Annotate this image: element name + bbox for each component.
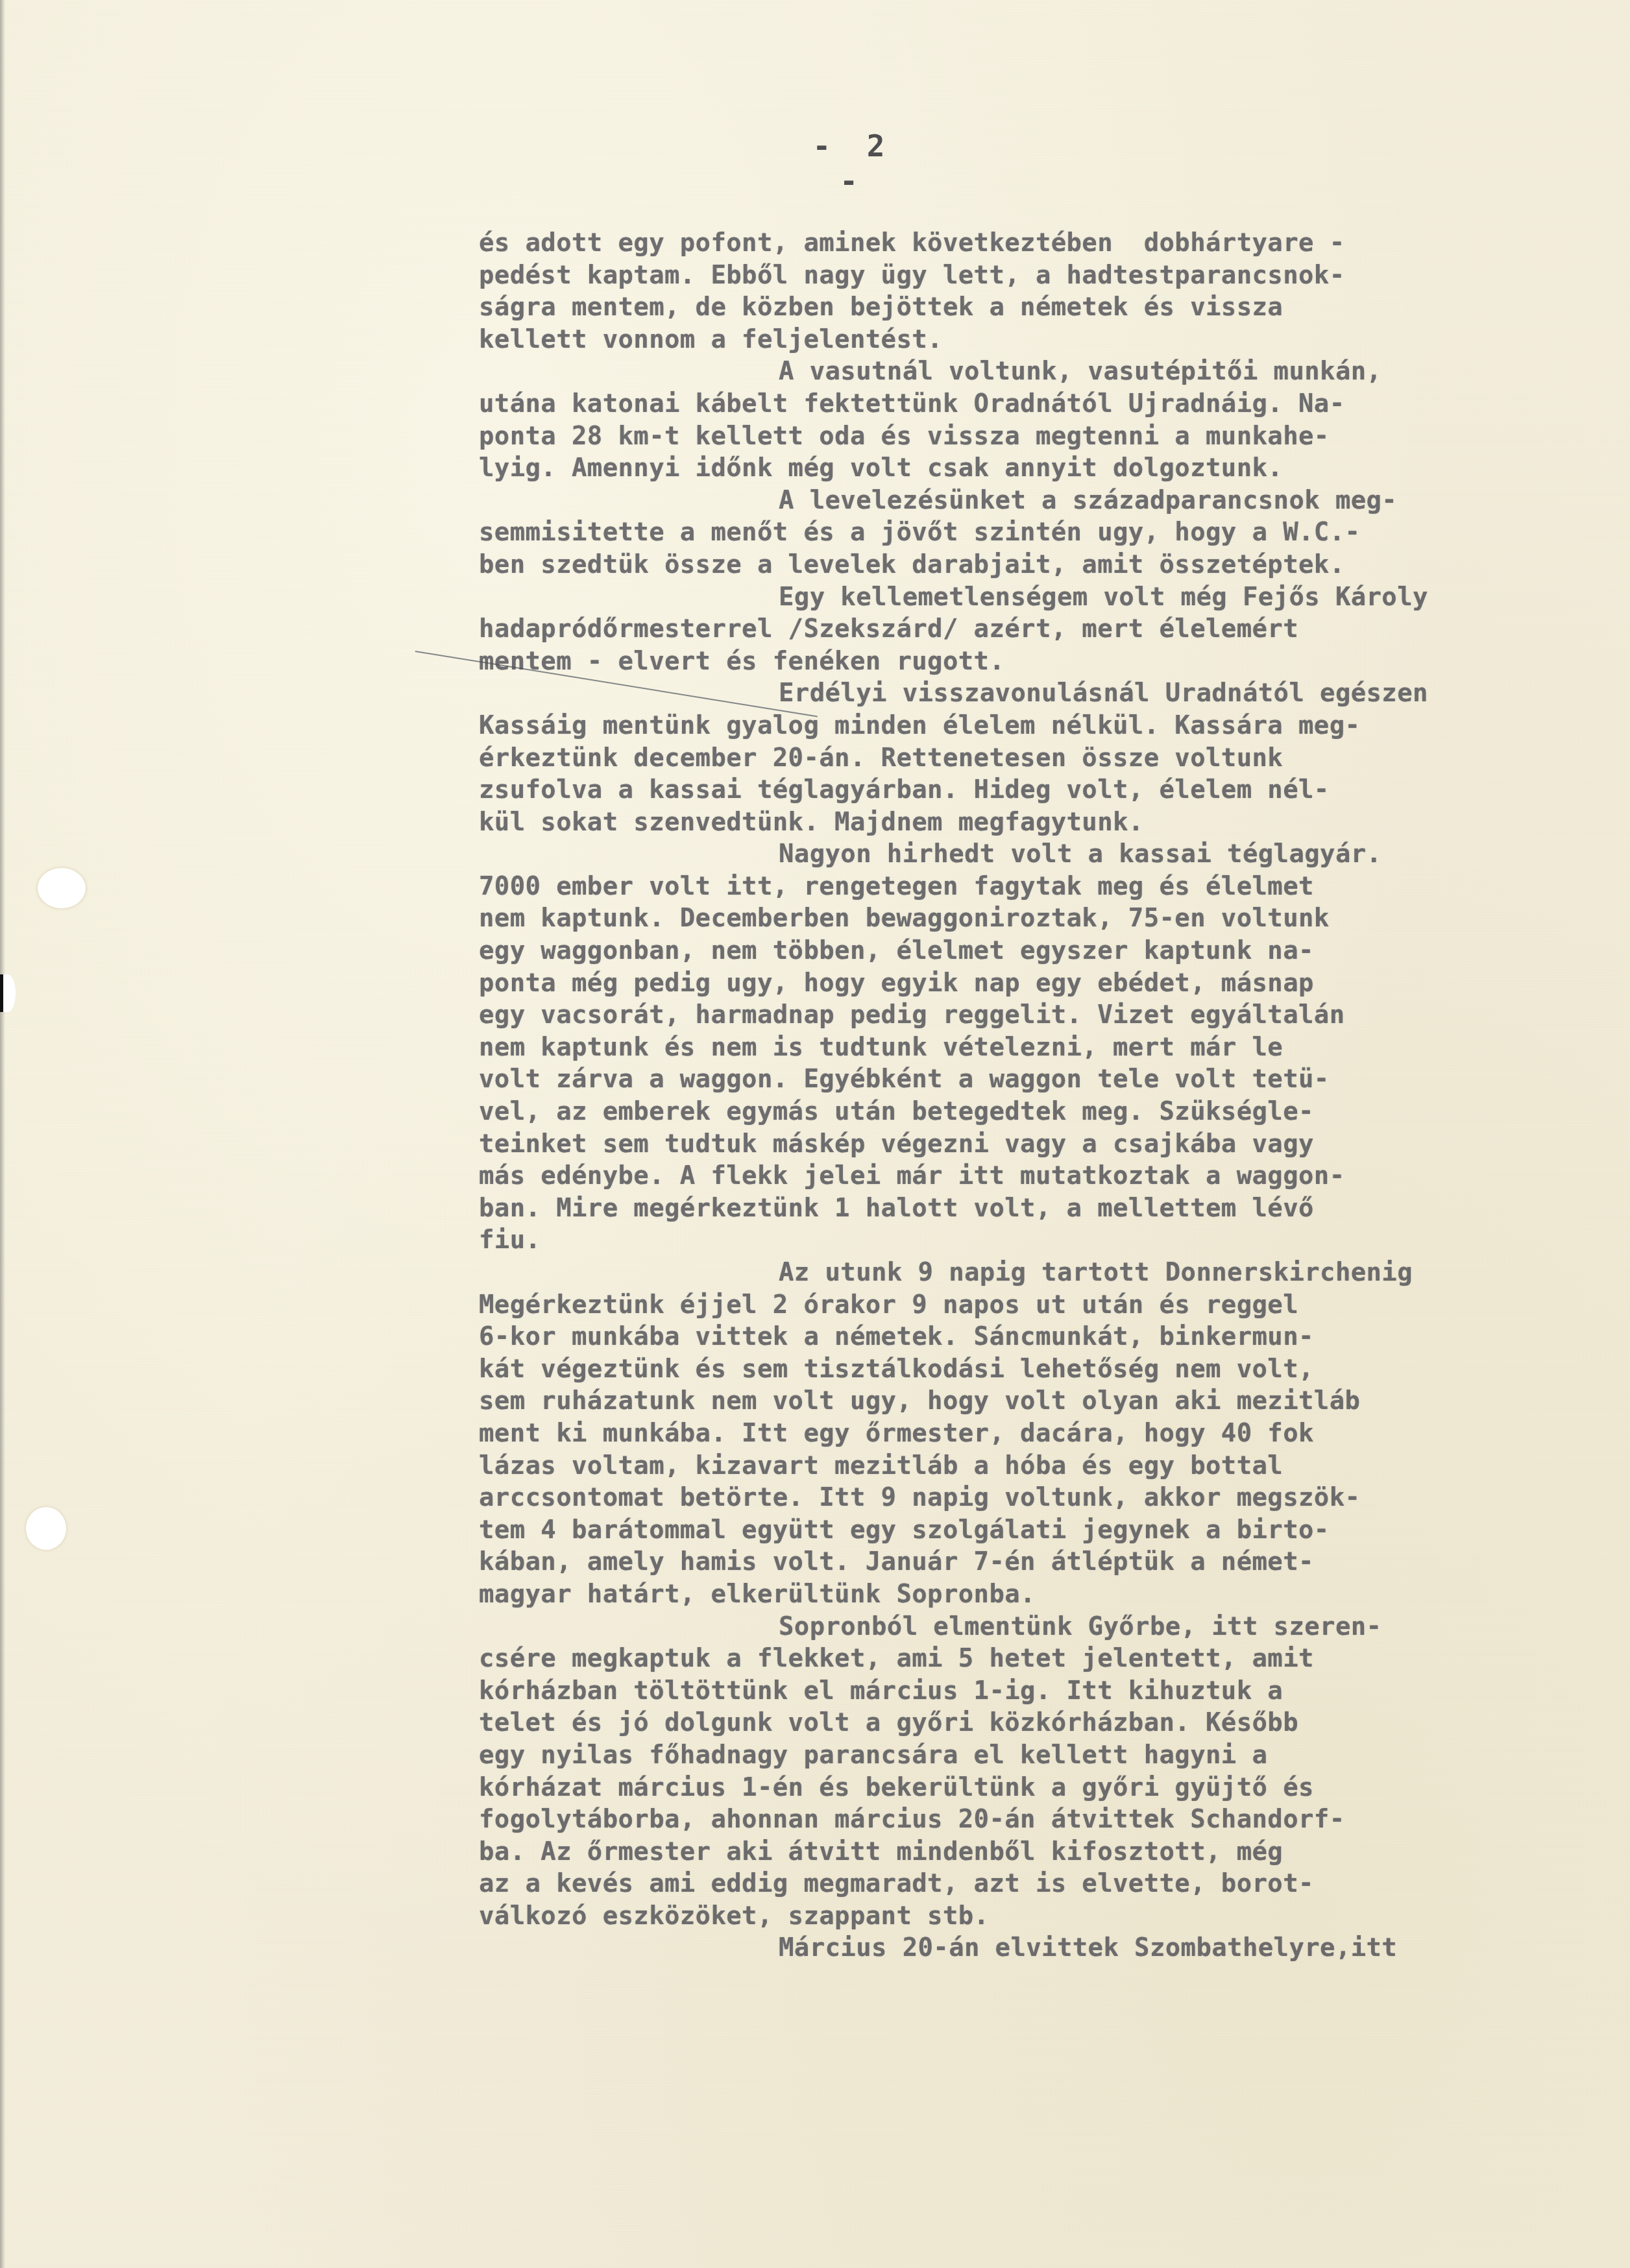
text-line: ponta még pedig ugy, hogy egyik nap egy … [479, 967, 1569, 1000]
text-line: kórházban töltöttünk el március 1-ig. It… [479, 1675, 1569, 1707]
paragraph-first-line: Március 20-án elvittek Szombathelyre,itt [479, 1932, 1569, 1964]
text-line: lyig. Amennyi időnk még volt csak annyit… [479, 452, 1569, 485]
paragraph-first-line: Sopronból elmentünk Győrbe, itt szeren- [479, 1611, 1569, 1643]
text-line: vel, az emberek egymás után betegedtek m… [479, 1096, 1569, 1128]
text-line: kórházat március 1-én és bekerültünk a g… [479, 1772, 1569, 1804]
text-line: ponta 28 km-t kellett oda és vissza megt… [479, 420, 1569, 453]
text-line: ben szedtük össze a levelek darabjait, a… [479, 549, 1569, 581]
text-line: az a kevés ami eddig megmaradt, azt is e… [479, 1868, 1569, 1900]
text-line: fiu. [479, 1224, 1569, 1257]
text-line: egy vacsorát, harmadnap pedig reggelit. … [479, 999, 1569, 1031]
paragraph-first-line: Nagyon hirhedt volt a kassai téglagyár. [479, 838, 1569, 871]
text-line: telet és jó dolgunk volt a győri közkórh… [479, 1707, 1569, 1739]
text-line: arccsontomat betörte. Itt 9 napig voltun… [479, 1482, 1569, 1514]
text-line: 6-kor munkába vittek a németek. Sáncmunk… [479, 1321, 1569, 1353]
page-left-edge-shadow [0, 0, 5, 2268]
text-line: egy nyilas főhadnagy parancsára el kelle… [479, 1739, 1569, 1772]
text-line: kül sokat szenvedtünk. Majdnem megfagytu… [479, 806, 1569, 839]
text-line: semmisitette a menőt és a jövőt szintén … [479, 516, 1569, 549]
text-line: 7000 ember volt itt, rengetegen fagytak … [479, 871, 1569, 903]
text-line: ment ki munkába. Itt egy őrmester, dacár… [479, 1417, 1569, 1450]
text-line: érkeztünk december 20-án. Rettenetesen ö… [479, 742, 1569, 775]
text-line: zsufolva a kassai téglagyárban. Hideg vo… [479, 774, 1569, 806]
text-line: kellett vonnom a feljelentést. [479, 324, 1569, 356]
paragraph-first-line: Egy kellemetlenségem volt még Fejős Káro… [479, 581, 1569, 614]
text-line: ba. Az őrmester aki átvitt mindenből kif… [479, 1836, 1569, 1868]
text-line: kát végeztünk és sem tisztálkodási lehet… [479, 1353, 1569, 1386]
edge-notch [0, 974, 16, 1012]
text-line: kában, amely hamis volt. Január 7-én átl… [479, 1546, 1569, 1578]
text-line: sem ruházatunk nem volt ugy, hogy volt o… [479, 1385, 1569, 1417]
text-line: Megérkeztünk éjjel 2 órakor 9 napos ut u… [479, 1289, 1569, 1321]
text-line: fogolytáborba, ahonnan március 20-án átv… [479, 1804, 1569, 1836]
page-number: - 2 - [795, 128, 912, 199]
text-line: pedést kaptam. Ebből nagy ügy lett, a ha… [479, 259, 1569, 292]
text-line: Kassáig mentünk gyalog minden élelem nél… [479, 710, 1569, 742]
text-line: egy waggonban, nem többen, élelmet egysz… [479, 935, 1569, 967]
text-line: nem kaptunk és nem is tudtunk vételezni,… [479, 1031, 1569, 1064]
text-line: és adott egy pofont, aminek következtébe… [479, 227, 1569, 259]
paragraph-first-line: Erdélyi visszavonulásnál Uradnától egész… [479, 677, 1569, 710]
text-line: hadapródőrmesterrel /Szekszárd/ azért, m… [479, 613, 1569, 645]
text-line: lázas voltam, kizavart mezitláb a hóba é… [479, 1450, 1569, 1482]
text-line: magyar határt, elkerültünk Sopronba. [479, 1578, 1569, 1611]
punch-hole-lower [26, 1507, 66, 1550]
text-line: válkozó eszközöket, szappant stb. [479, 1900, 1569, 1933]
paragraph-first-line: A vasutnál voltunk, vasutépitői munkán, [479, 356, 1569, 388]
text-line: teinket sem tudtuk máskép végezni vagy a… [479, 1128, 1569, 1161]
text-line: más edénybe. A flekk jelei már itt mutat… [479, 1160, 1569, 1192]
text-line: utána katonai kábelt fektettünk Oradnátó… [479, 388, 1569, 420]
text-line: csére megkaptuk a flekket, ami 5 hetet j… [479, 1643, 1569, 1675]
text-line: mentem - elvert és fenéken rugott. [479, 645, 1569, 678]
paragraph-first-line: Az utunk 9 napig tartott Donnerskircheni… [479, 1257, 1569, 1289]
text-line: tem 4 barátommal együtt egy szolgálati j… [479, 1514, 1569, 1547]
text-line: volt zárva a waggon. Egyébként a waggon … [479, 1063, 1569, 1096]
typewritten-text-body: és adott egy pofont, aminek következtébe… [479, 227, 1569, 1964]
text-line: nem kaptunk. Decemberben bewaggoniroztak… [479, 902, 1569, 935]
punch-hole-upper [38, 868, 86, 908]
text-line: ságra mentem, de közben bejöttek a német… [479, 291, 1569, 324]
text-line: ban. Mire megérkeztünk 1 halott volt, a … [479, 1192, 1569, 1225]
paragraph-first-line: A levelezésünket a századparancsnok meg- [479, 485, 1569, 517]
